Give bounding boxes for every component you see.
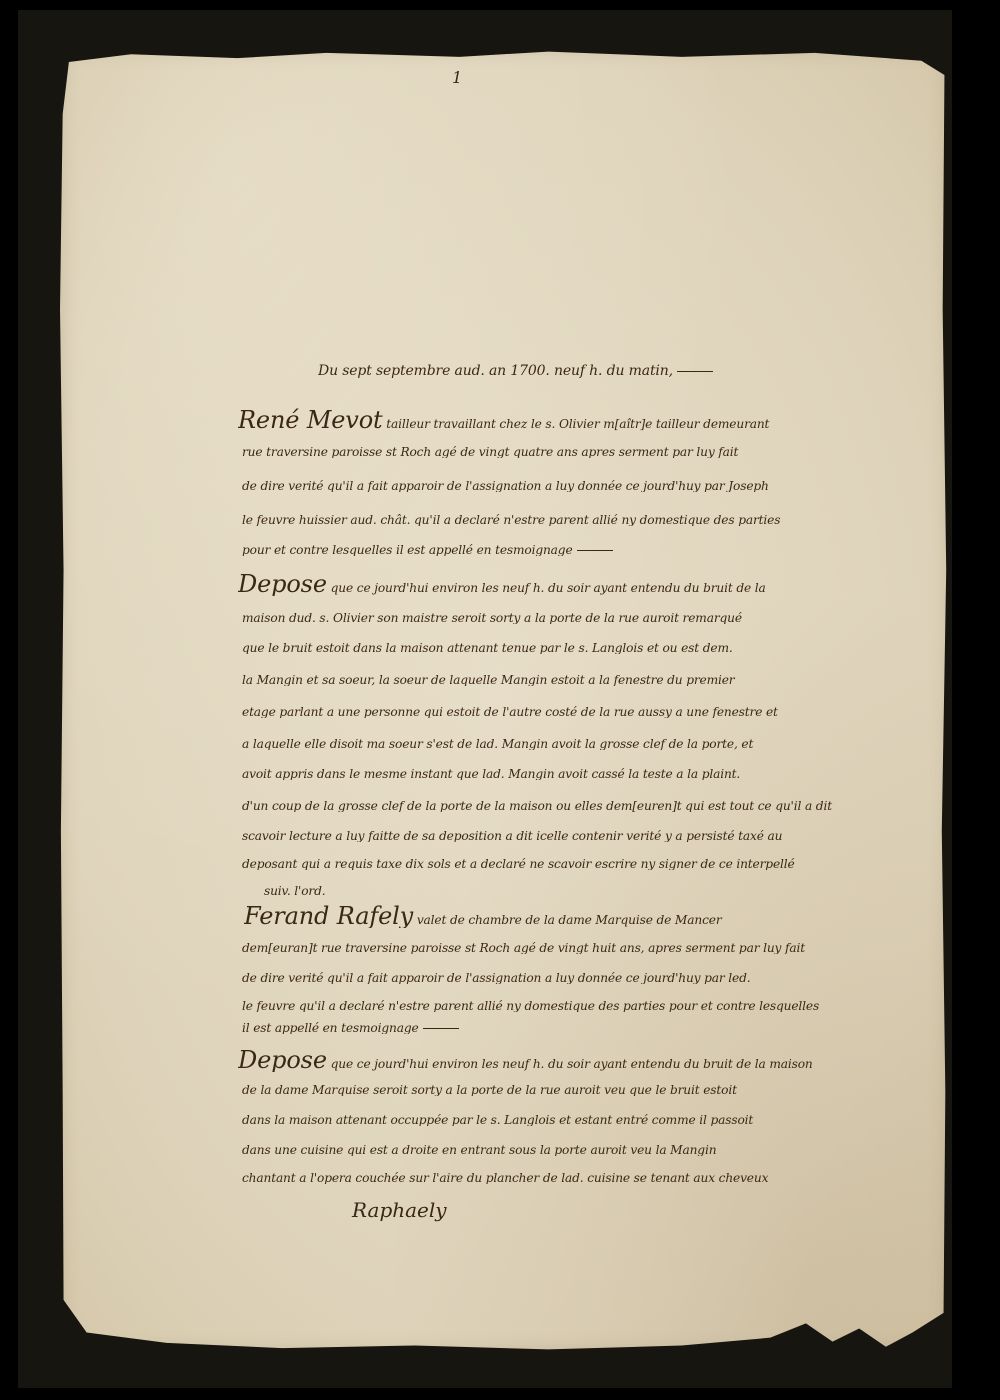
deposition-line: la Mangin et sa soeur, la soeur de laque…: [242, 674, 962, 686]
deposition-line: de la dame Marquise seroit sorty a la po…: [242, 1084, 962, 1096]
intro-text: il est appellé en tesmoignage: [242, 1022, 419, 1034]
signature: Raphaely: [352, 1198, 447, 1222]
folio-number: 1: [452, 68, 462, 87]
line-filler-dash: [423, 1028, 459, 1029]
deposition-line: scavoir lecture a luy faitte de sa depos…: [242, 830, 962, 842]
line-filler-dash: [577, 550, 613, 551]
witness-name: René Mevot: [238, 408, 383, 432]
depose-label: Depose: [238, 572, 327, 596]
intro-line-last: pour et contre lesquelles il est appellé…: [242, 544, 802, 556]
deposition-line: suiv. l'ord.: [264, 885, 464, 897]
intro-line: de dire verité qu'il a fait apparoir de …: [242, 480, 962, 492]
deposition-line: d'un coup de la grosse clef de la porte …: [242, 800, 962, 812]
intro-line-last: il est appellé en tesmoignage: [242, 1022, 702, 1034]
line-filler-dash: [677, 371, 713, 372]
deposition-line: que le bruit estoit dans la maison atten…: [242, 642, 962, 654]
intro-line: rue traversine paroisse st Roch agé de v…: [242, 446, 962, 458]
deposition-text: que ce jourd'hui environ les neuf h. du …: [331, 581, 766, 595]
manuscript-page: [60, 49, 948, 1352]
page-heading: Du sept septembre aud. an 1700. neuf h. …: [318, 364, 838, 378]
deposition-text: que ce jourd'hui environ les neuf h. du …: [331, 1057, 813, 1071]
witness-name: Ferand Rafely: [244, 904, 413, 928]
deposition-line: etage parlant a une personne qui estoit …: [242, 706, 962, 718]
deposition-line: maison dud. s. Olivier son maistre seroi…: [242, 612, 962, 624]
depose-label: Depose: [238, 1048, 327, 1072]
intro-text: tailleur travaillant chez le s. Olivier …: [386, 417, 769, 431]
deposition-line: a laquelle elle disoit ma soeur s'est de…: [242, 738, 962, 750]
intro-line: dem[euran]t rue traversine paroisse st R…: [242, 942, 962, 954]
deposition-line: deposant qui a requis taxe dix sols et a…: [242, 858, 962, 870]
testimony-1-intro-line: René Mevot tailleur travaillant chez le …: [238, 408, 958, 432]
deposition-first-line: Depose que ce jourd'hui environ les neuf…: [238, 1048, 958, 1072]
heading-text: Du sept septembre aud. an 1700. neuf h. …: [318, 364, 673, 378]
intro-text: valet de chambre de la dame Marquise de …: [417, 913, 722, 927]
intro-text: pour et contre lesquelles il est appellé…: [242, 544, 573, 556]
testimony-2-intro-line: Ferand Rafely valet de chambre de la dam…: [244, 904, 964, 928]
deposition-line: chantant a l'opera couchée sur l'aire du…: [242, 1172, 962, 1184]
deposition-line: dans la maison attenant occuppée par le …: [242, 1114, 962, 1126]
intro-line: de dire verité qu'il a fait apparoir de …: [242, 972, 962, 984]
intro-line: le feuvre qu'il a declaré n'estre parent…: [242, 1000, 962, 1012]
intro-line: le feuvre huissier aud. chât. qu'il a de…: [242, 514, 962, 526]
deposition-line: dans une cuisine qui est a droite en ent…: [242, 1144, 962, 1156]
deposition-first-line: Depose que ce jourd'hui environ les neuf…: [238, 572, 958, 596]
deposition-line: avoit appris dans le mesme instant que l…: [242, 768, 962, 780]
